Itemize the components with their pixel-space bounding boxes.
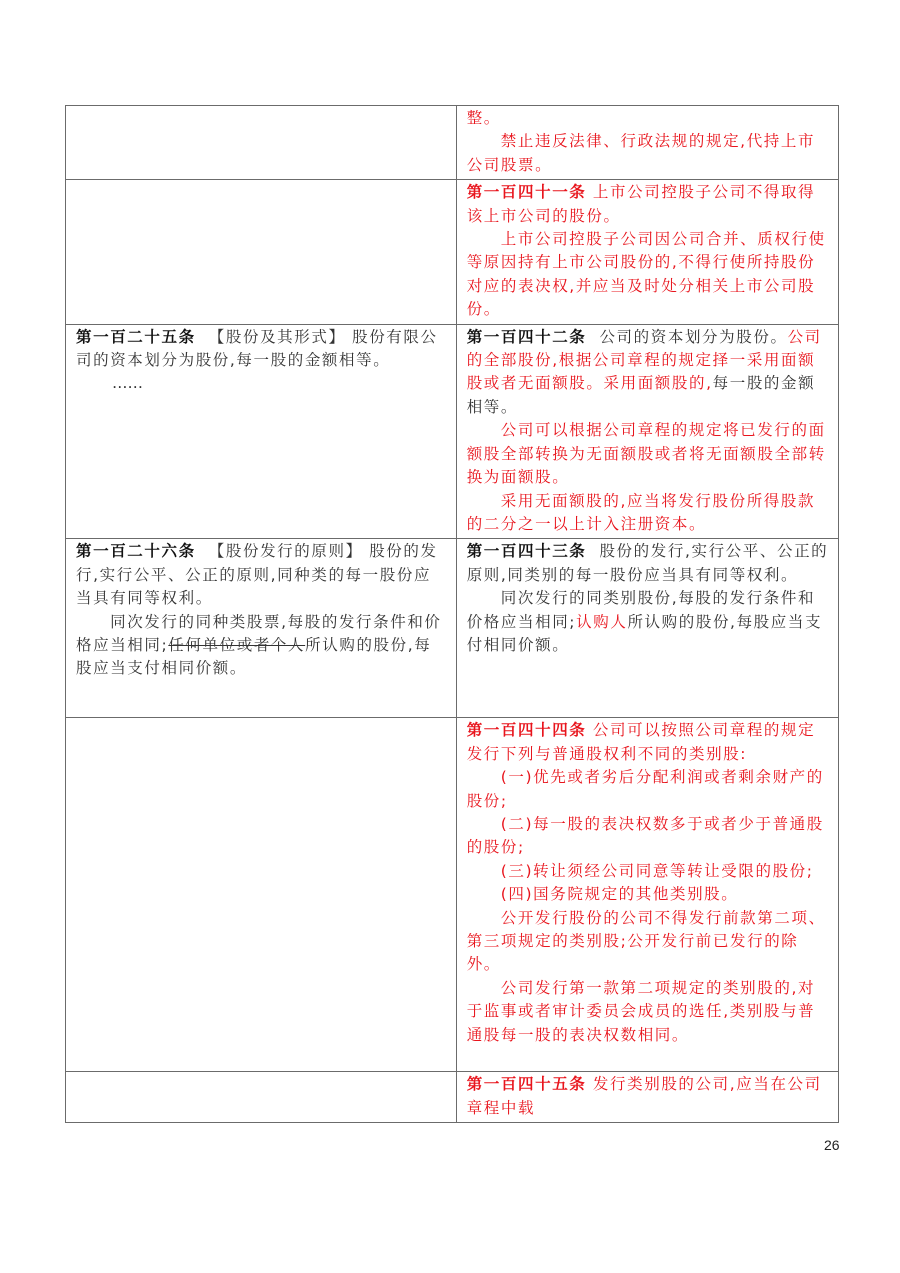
paragraph: 整。 (467, 107, 830, 130)
article-heading: 【股份及其形式】 (209, 328, 346, 346)
paragraph: 禁止违反法律、行政法规的规定,代持上市公司股票。 (467, 130, 830, 177)
old-text-cell (66, 1072, 457, 1123)
table-row: 第一百四十一条 上市公司控股子公司不得取得该上市公司的股份。 上市公司控股子公司… (66, 180, 839, 324)
old-text-cell: 第一百二十六条 【股份发行的原则】 股份的发行,实行公平、公正的原则,同种类的每… (66, 539, 457, 718)
paragraph: (一)优先或者劣后分配利润或者剩余财产的股份; (467, 766, 830, 813)
old-text-cell (66, 718, 457, 1072)
new-text-cell: 第一百四十四条 公司可以按照公司章程的规定发行下列与普通股权利不同的类别股: (… (456, 718, 838, 1072)
article-heading: 【股份发行的原则】 (209, 542, 363, 560)
article-number: 第一百二十五条 (76, 328, 196, 346)
paragraph: (二)每一股的表决权数多于或者少于普通股的股份; (467, 813, 830, 860)
table-row: 整。 禁止违反法律、行政法规的规定,代持上市公司股票。 (66, 106, 839, 180)
text-segment: 公司的资本划分为股份。 (599, 328, 787, 346)
paragraph: (三)转让须经公司同意等转让受限的股份; (467, 860, 830, 883)
article-number: 第一百四十一条 (467, 183, 587, 201)
paragraph: (四)国务院规定的其他类别股。 (467, 883, 830, 906)
paragraph: 公司可以根据公司章程的规定将已发行的面额股全部转换为无面额股或者将无面额股全部转… (467, 419, 830, 489)
new-text-cell: 第一百四十二条 公司的资本划分为股份。公司的全部股份,根据公司章程的规定择一采用… (456, 324, 838, 539)
paragraph: 采用无面额股的,应当将发行股份所得股款的二分之一以上计入注册资本。 (467, 490, 830, 537)
old-text-cell (66, 106, 457, 180)
new-text-cell: 第一百四十五条 发行类别股的公司,应当在公司章程中载 (456, 1072, 838, 1123)
article-number: 第一百四十二条 (467, 328, 587, 346)
table-row: 第一百四十四条 公司可以按照公司章程的规定发行下列与普通股权利不同的类别股: (… (66, 718, 839, 1072)
comparison-table: 整。 禁止违反法律、行政法规的规定,代持上市公司股票。 第一百四十一条 上市公司… (65, 105, 839, 1123)
article-number: 第一百四十五条 (467, 1075, 587, 1093)
ellipsis: …… (76, 372, 448, 395)
text-segment-added: 认购人 (576, 613, 627, 631)
page-number: 26 (824, 1137, 840, 1153)
paragraph: 上市公司控股子公司因公司合并、质权行使等原因持有上市公司股份的,不得行使所持股份… (467, 228, 830, 322)
paragraph: 公司发行第一款第二项规定的类别股的,对于监事或者审计委员会成员的选任,类别股与普… (467, 977, 830, 1047)
article-number: 第一百二十六条 (76, 542, 196, 560)
new-text-cell: 第一百四十三条 股份的发行,实行公平、公正的原则,同类别的每一股份应当具有同等权… (456, 539, 838, 718)
old-text-cell: 第一百二十五条 【股份及其形式】 股份有限公司的资本划分为股份,每一股的金额相等… (66, 324, 457, 539)
new-text-cell: 整。 禁止违反法律、行政法规的规定,代持上市公司股票。 (456, 106, 838, 180)
table-row: 第一百四十五条 发行类别股的公司,应当在公司章程中载 (66, 1072, 839, 1123)
text-segment-deleted: 任何单位或者个人 (168, 636, 305, 654)
article-number: 第一百四十三条 (467, 542, 587, 560)
table-row: 第一百二十六条 【股份发行的原则】 股份的发行,实行公平、公正的原则,同种类的每… (66, 539, 839, 718)
article-number: 第一百四十四条 (467, 721, 587, 739)
new-text-cell: 第一百四十一条 上市公司控股子公司不得取得该上市公司的股份。 上市公司控股子公司… (456, 180, 838, 324)
paragraph: 公开发行股份的公司不得发行前款第二项、第三项规定的类别股;公开发行前已发行的除外… (467, 907, 830, 977)
old-text-cell (66, 180, 457, 324)
table-row: 第一百二十五条 【股份及其形式】 股份有限公司的资本划分为股份,每一股的金额相等… (66, 324, 839, 539)
